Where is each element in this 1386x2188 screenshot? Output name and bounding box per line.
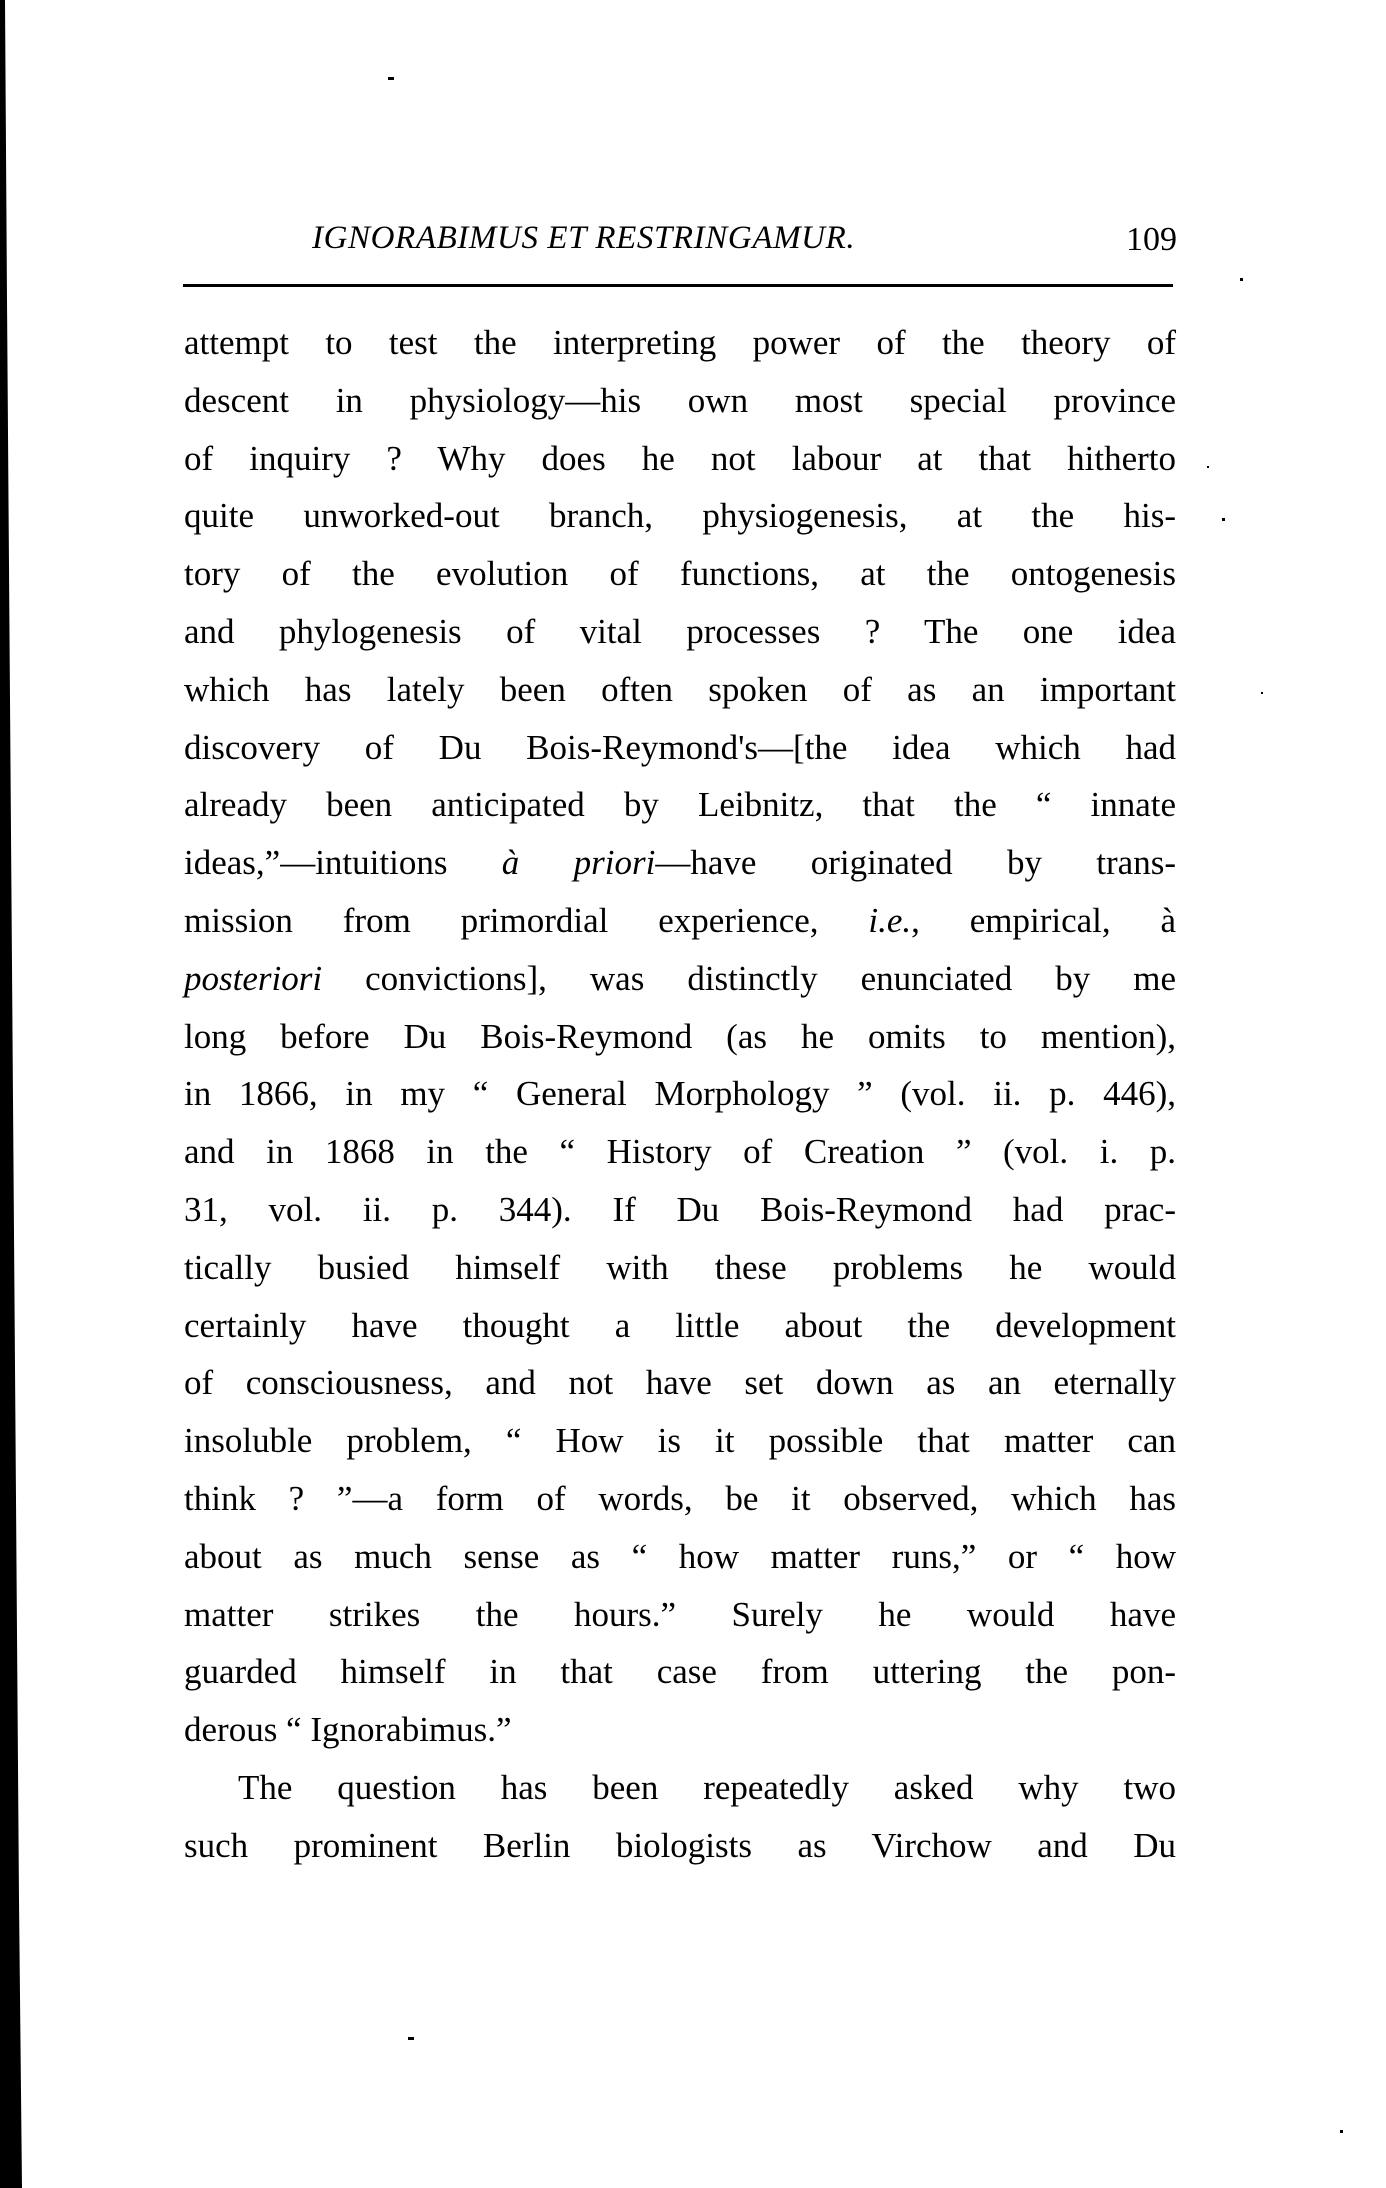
text-line: and phylogenesis of vital processes ? Th… xyxy=(184,603,1176,661)
text-line: mission from primordial experience, i.e.… xyxy=(184,892,1176,950)
text-line: guarded himself in that case from utteri… xyxy=(184,1643,1176,1701)
italic-phrase: posteriori xyxy=(184,959,322,998)
text-line: insoluble problem, “ How is it possible … xyxy=(184,1412,1176,1470)
text-line: certainly have thought a little about th… xyxy=(184,1297,1176,1355)
book-binding-edge xyxy=(0,0,30,2188)
italic-phrase: à priori xyxy=(502,843,656,882)
text-line: matter strikes the hours.” Surely he wou… xyxy=(184,1586,1176,1644)
italic-phrase: i.e. xyxy=(868,901,911,940)
text-line: 31, vol. ii. p. 344). If Du Bois-Reymond… xyxy=(184,1181,1176,1239)
text-line: of inquiry ? Why does he not labour at t… xyxy=(184,430,1176,488)
scan-speck xyxy=(1240,278,1243,281)
text-line: discovery of Du Bois-Reymond's—[the idea… xyxy=(184,719,1176,777)
running-head: IGNORABIMUS ET RESTRINGAMUR. xyxy=(312,218,855,258)
body-text: attempt to test the interpreting power o… xyxy=(184,314,1176,1875)
text-line: tory of the evolution of functions, at t… xyxy=(184,545,1176,603)
text-line: in 1866, in my “ General Morphology ” (v… xyxy=(184,1065,1176,1123)
text-line: of consciousness, and not have set down … xyxy=(184,1354,1176,1412)
text-line: about as much sense as “ how matter runs… xyxy=(184,1528,1176,1586)
text-run: , empirical, à xyxy=(911,901,1176,940)
text-line: quite unworked-out branch, physiogenesis… xyxy=(184,487,1176,545)
scan-speck xyxy=(1222,518,1225,521)
text-line: posteriori convictions], was distinctly … xyxy=(184,950,1176,1008)
scan-speck xyxy=(1261,692,1263,694)
text-line: already been anticipated by Leibnitz, th… xyxy=(184,776,1176,834)
text-line: attempt to test the interpreting power o… xyxy=(184,314,1176,372)
text-line: ideas,”—intuitions à priori—have origina… xyxy=(184,834,1176,892)
text-line: think ? ”—a form of words, be it observe… xyxy=(184,1470,1176,1528)
header-rule xyxy=(183,284,1173,287)
text-line: and in 1868 in the “ History of Creation… xyxy=(184,1123,1176,1181)
text-run: ideas,”—intuitions xyxy=(184,843,502,882)
text-run: —have originated by trans- xyxy=(655,843,1176,882)
text-run: mission from primordial experience, xyxy=(184,901,868,940)
scan-speck xyxy=(1340,2130,1343,2133)
paragraph-start-line: The question has been repeatedly asked w… xyxy=(184,1759,1176,1817)
text-line: such prominent Berlin biologists as Virc… xyxy=(184,1817,1176,1875)
scan-speck xyxy=(408,2037,414,2040)
paragraph-end-line: derous “ Ignorabimus.” xyxy=(184,1701,1176,1759)
text-run: convictions], was distinctly enunciated … xyxy=(322,959,1176,998)
text-line: which has lately been often spoken of as… xyxy=(184,661,1176,719)
page-number: 109 xyxy=(1126,220,1177,260)
scan-speck xyxy=(1207,466,1209,468)
text-line: descent in physiology—his own most speci… xyxy=(184,372,1176,430)
scan-speck xyxy=(388,77,394,80)
text-line: tically busied himself with these proble… xyxy=(184,1239,1176,1297)
text-line: long before Du Bois-Reymond (as he omits… xyxy=(184,1008,1176,1066)
